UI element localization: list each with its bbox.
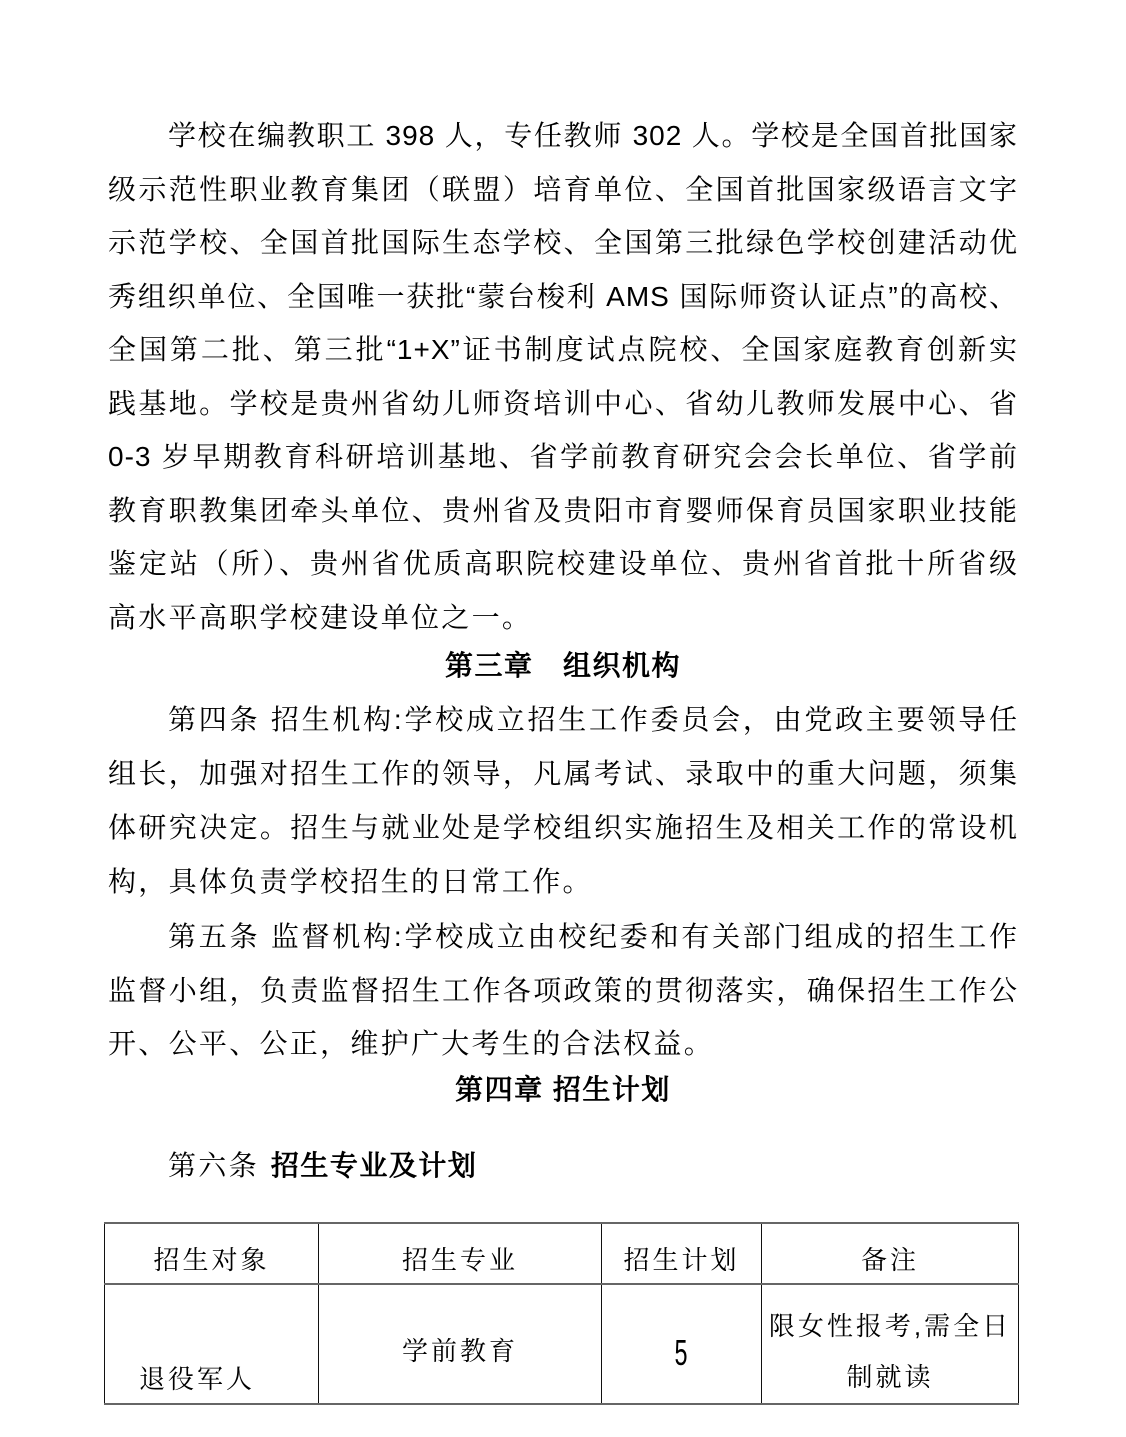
article-6-label: 第六条 bbox=[168, 1150, 259, 1181]
paragraph-line: 组长，加强对招生工作的领导，凡属考试、录取中的重大问题，须集 bbox=[108, 747, 1018, 801]
article-4-paragraph: 第四条 招生机构:学校成立招生工作委员会，由党政主要领导任 组长，加强对招生工作… bbox=[108, 693, 1018, 909]
enrollment-plan-table: 招生对象 招生专业 招生计划 备注 退役军人 学前教育 5 限女性报考,需全日制… bbox=[104, 1222, 1019, 1405]
chapter-3-heading: 第三章 组织机构 bbox=[108, 639, 1018, 693]
column-header-target: 招生对象 bbox=[105, 1223, 319, 1284]
paragraph-line: 教育职教集团牵头单位、贵州省及贵阳市育婴师保育员国家职业技能 bbox=[108, 484, 1018, 538]
cell-note: 限女性报考,需全日制就读 bbox=[762, 1284, 1019, 1404]
paragraph-line: 0-3 岁早期教育科研培训基地、省学前教育研究会会长单位、省学前 bbox=[108, 430, 1018, 484]
column-header-major: 招生专业 bbox=[319, 1223, 602, 1284]
table-header-row: 招生对象 招生专业 招生计划 备注 bbox=[105, 1223, 1019, 1284]
article-6-title: 招生专业及计划 bbox=[271, 1150, 478, 1181]
paragraph-line: 第四条 招生机构:学校成立招生工作委员会，由党政主要领导任 bbox=[108, 693, 1018, 747]
table-row: 退役军人 学前教育 5 限女性报考,需全日制就读 bbox=[105, 1284, 1019, 1404]
paragraph-line: 体研究决定。招生与就业处是学校组织实施招生及相关工作的常设机 bbox=[108, 801, 1018, 855]
article-5-paragraph: 第五条 监督机构:学校成立由校纪委和有关部门组成的招生工作 监督小组，负责监督招… bbox=[108, 910, 1018, 1071]
paragraph-line: 高水平高职学校建设单位之一。 bbox=[108, 591, 1018, 645]
paragraph-line: 示范学校、全国首批国际生态学校、全国第三批绿色学校创建活动优 bbox=[108, 216, 1018, 270]
column-header-note: 备注 bbox=[762, 1223, 1019, 1284]
column-header-plan: 招生计划 bbox=[602, 1223, 762, 1284]
paragraph-line: 鉴定站（所）、贵州省优质高职院校建设单位、贵州省首批十所省级 bbox=[108, 537, 1018, 591]
intro-paragraph: 学校在编教职工 398 人，专任教师 302 人。学校是全国首批国家 级示范性职… bbox=[108, 109, 1018, 644]
cell-major: 学前教育 bbox=[319, 1284, 602, 1404]
cell-plan: 5 bbox=[602, 1284, 762, 1404]
paragraph-line: 学校在编教职工 398 人，专任教师 302 人。学校是全国首批国家 bbox=[108, 109, 1018, 163]
document-page: 学校在编教职工 398 人，专任教师 302 人。学校是全国首批国家 级示范性职… bbox=[0, 0, 1126, 1437]
cell-target: 退役军人 bbox=[105, 1284, 319, 1404]
paragraph-line: 践基地。学校是贵州省幼儿师资培训中心、省幼儿教师发展中心、省 bbox=[108, 377, 1018, 431]
chapter-4-heading: 第四章 招生计划 bbox=[108, 1063, 1018, 1117]
paragraph-line: 级示范性职业教育集团（联盟）培育单位、全国首批国家级语言文字 bbox=[108, 163, 1018, 217]
paragraph-line: 秀组织单位、全国唯一获批“蒙台梭利 AMS 国际师资认证点”的高校、 bbox=[108, 270, 1018, 324]
paragraph-line: 构，具体负责学校招生的日常工作。 bbox=[108, 855, 1018, 909]
plan-count: 5 bbox=[675, 1333, 688, 1373]
paragraph-line: 第五条 监督机构:学校成立由校纪委和有关部门组成的招生工作 bbox=[108, 910, 1018, 964]
paragraph-line: 全国第二批、第三批“1+X”证书制度试点院校、全国家庭教育创新实 bbox=[108, 323, 1018, 377]
article-6-heading: 第六条招生专业及计划 bbox=[168, 1139, 477, 1193]
paragraph-line: 监督小组，负责监督招生工作各项政策的贯彻落实，确保招生工作公 bbox=[108, 964, 1018, 1018]
